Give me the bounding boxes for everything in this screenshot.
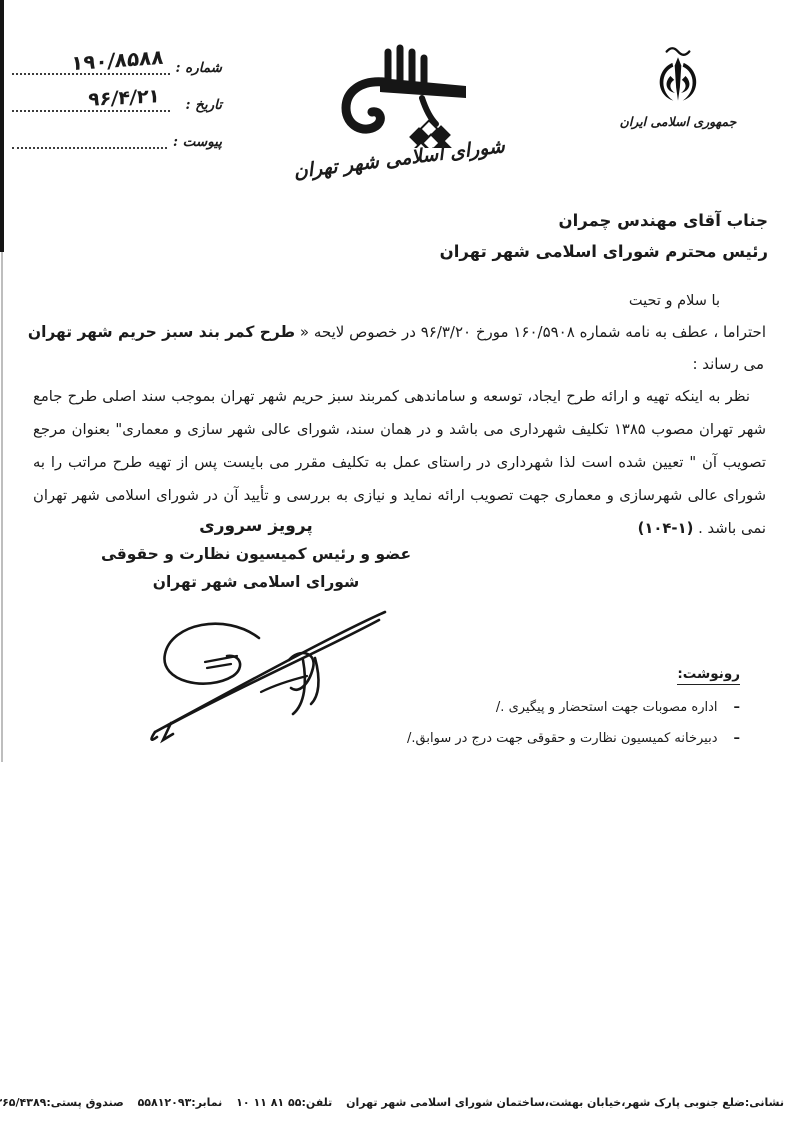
scan-edge-artifact <box>0 0 4 252</box>
number-handwritten-value: ۱۹۰/۸۵۸۸ <box>71 45 164 76</box>
footer-phone-label: تلفن: <box>301 1096 332 1109</box>
dash-bullet-icon: – <box>734 698 741 718</box>
cc-item-text: اداره مصوبات جهت استحضار و پیگیری ./ <box>496 700 718 715</box>
signer-title-2: شورای اسلامی شهر تهران <box>100 568 412 596</box>
footer-contact-bar: نشانی:ضلع جنوبی پارک شهر،خیابان بهشت،ساخ… <box>12 1095 784 1109</box>
scan-edge-artifact-faint <box>1 252 3 762</box>
intro-text-pre: احتراما ، عطف به نامه شماره ۱۶۰/۵۹۰۸ مور… <box>295 323 766 341</box>
signer-title-1: عضو و رئیس کمیسیون نظارت و حقوقی <box>100 540 412 568</box>
number-row: ۱۹۰/۸۵۸۸ شماره : <box>10 42 222 79</box>
footer-contact: نشانی:ضلع جنوبی پارک شهر،خیابان بهشت،ساخ… <box>0 1096 784 1109</box>
tehran-council-logo-icon <box>328 36 478 148</box>
cc-item: –دبیرخانه کمیسیون نظارت و حقوقی جهت درج … <box>400 729 740 749</box>
footer-pobox: صندوق پستی:۱۱۳۶۵/۴۳۸۹ <box>0 1096 124 1109</box>
salutation: با سلام و تحیت <box>629 293 720 309</box>
intro-line: احتراما ، عطف به نامه شماره ۱۶۰/۵۹۰۸ مور… <box>28 323 766 341</box>
footer-phone-value: ۵۵ ۸۱ ۱۱ ۱۰ <box>236 1096 301 1109</box>
footer-fax: نمابر:۵۵۸۱۲۰۹۳ <box>138 1096 223 1109</box>
footer-fax-value: ۵۵۸۱۲۰۹۳ <box>138 1096 192 1109</box>
cc-items: –اداره مصوبات جهت استحضار و پیگیری ./ –د… <box>400 698 740 749</box>
country-name: جمهوری اسلامی ایران <box>614 114 742 129</box>
intro-continuation: می رساند : <box>692 355 764 373</box>
attachment-row: پیوست : <box>10 116 222 153</box>
number-label: شماره : <box>175 60 222 76</box>
date-handwritten-value: ۹۶/۴/۲۱ <box>88 85 161 111</box>
attachment-dotted-line <box>12 147 167 149</box>
recipient-title: رئیس محترم شورای اسلامی شهر تهران <box>440 236 768 267</box>
reference-code: (۱۰۴-۱) <box>622 512 694 545</box>
footer-pobox-label: صندوق پستی: <box>46 1096 123 1109</box>
date-dotted-line <box>12 110 170 112</box>
footer-pobox-value: ۱۱۳۶۵/۴۳۸۹ <box>0 1096 46 1109</box>
cc-block: رونوشت: –اداره مصوبات جهت استحضار و پیگی… <box>400 666 740 760</box>
header-right: جمهوری اسلامی ایران <box>614 44 742 129</box>
cc-item: –اداره مصوبات جهت استحضار و پیگیری ./ <box>400 698 740 718</box>
footer-fax-label: نمابر: <box>191 1096 222 1109</box>
dash-bullet-icon: – <box>734 729 741 749</box>
number-dotted-line <box>12 73 170 75</box>
cc-heading: رونوشت: <box>677 666 740 685</box>
footer-address: نشانی:ضلع جنوبی پارک شهر،خیابان بهشت،ساخ… <box>346 1096 784 1109</box>
signer-name: پرویز سروری <box>100 512 412 540</box>
intro-plan-title-bold: طرح کمر بند سبز حریم شهر تهران <box>28 323 295 341</box>
date-row: ۹۶/۴/۲۱ تاریخ : <box>10 79 222 116</box>
signature-block: پرویز سروری عضو و رئیس کمیسیون نظارت و ح… <box>100 512 412 596</box>
handwritten-signature <box>138 596 404 746</box>
recipient-name: جناب آقای مهندس چمران <box>440 205 768 236</box>
iran-national-emblem-icon <box>647 44 709 110</box>
header-center: شورای اسلامی شهر تهران <box>300 36 505 170</box>
attachment-label: پیوست : <box>173 134 222 150</box>
letter-page: ۱۹۰/۸۵۸۸ شماره : ۹۶/۴/۲۱ تاریخ : پیوست : <box>0 0 796 1125</box>
date-label: تاریخ : <box>185 97 222 113</box>
cc-item-text: دبیرخانه کمیسیون نظارت و حقوقی جهت درج د… <box>407 731 717 746</box>
recipient-block: جناب آقای مهندس چمران رئیس محترم شورای ا… <box>440 205 768 267</box>
header-fields: ۱۹۰/۸۵۸۸ شماره : ۹۶/۴/۲۱ تاریخ : پیوست : <box>10 42 222 153</box>
footer-phone: تلفن:۵۵ ۸۱ ۱۱ ۱۰ <box>236 1096 332 1109</box>
